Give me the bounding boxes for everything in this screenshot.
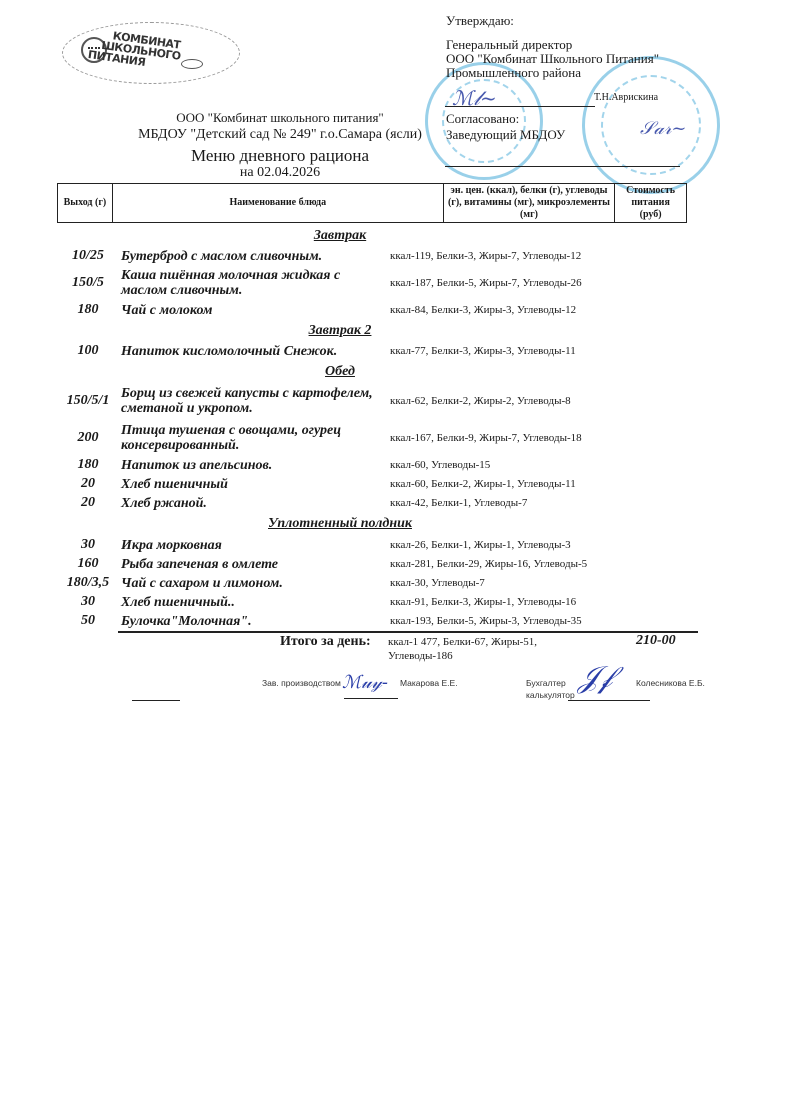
section-title: Завтрак 2 <box>309 323 372 338</box>
row-dish: Хлеб пшеничный <box>119 477 387 492</box>
row-yield: 150/5/1 <box>57 393 119 409</box>
agreed-label: Согласовано: <box>446 111 519 127</box>
page-title: Меню дневного рациона <box>120 146 440 166</box>
table-row: 30 Хлеб пшеничный.. ккал-91, Белки-3, Жи… <box>57 594 697 610</box>
column-header-yield: Выход (г) <box>58 184 113 222</box>
row-nutrition: ккал-26, Белки-1, Жиры-1, Углеводы-3 <box>387 539 687 552</box>
logo-text: КОМБИНАТ ШКОЛЬНОГО ПИТАНИЯ <box>109 30 183 72</box>
section-second-breakfast: Завтрак 2 <box>120 323 560 339</box>
organization-name: ООО "Комбинат школьного питания" <box>120 110 440 126</box>
section-title: Обед <box>325 364 355 379</box>
row-nutrition: ккал-84, Белки-3, Жиры-3, Углеводы-12 <box>387 304 687 317</box>
row-dish: Бутерброд с маслом сливочным. <box>119 249 387 264</box>
signature-line <box>344 698 398 699</box>
production-label: Зав. производством <box>262 678 341 688</box>
table-row: 180/3,5 Чай с сахаром и лимоном. ккал-30… <box>57 575 697 591</box>
row-yield: 180/3,5 <box>57 575 119 591</box>
total-nutrition: ккал-1 477, Белки-67, Жиры-51, Углеводы-… <box>388 635 588 663</box>
row-nutrition: ккал-167, Белки-9, Жиры-7, Углеводы-18 <box>387 432 687 445</box>
approval-block: Утверждаю: Генеральный директор ООО "Ком… <box>446 14 746 80</box>
signature-line <box>568 700 650 701</box>
table-row: 20 Хлеб пшеничный ккал-60, Белки-2, Жиры… <box>57 476 697 492</box>
row-nutrition: ккал-77, Белки-3, Жиры-3, Углеводы-11 <box>387 345 687 358</box>
row-yield: 180 <box>57 302 119 318</box>
row-yield: 30 <box>57 594 119 610</box>
row-dish: Каша пшённая молочная жидкая с маслом сл… <box>119 268 387 298</box>
row-yield: 50 <box>57 613 119 629</box>
column-header-dish: Наименование блюда <box>113 184 444 222</box>
total-divider <box>118 631 698 633</box>
institution-name: МБДОУ "Детский сад № 249" г.о.Самара (яс… <box>120 127 440 143</box>
accountant-signature: 𝒥𝒻 <box>578 660 612 695</box>
row-dish: Напиток кисломолочный Снежок. <box>119 344 387 359</box>
row-nutrition: ккал-30, Углеводы-7 <box>387 577 687 590</box>
production-name: Макарова Е.Е. <box>400 678 458 688</box>
row-yield: 160 <box>57 556 119 572</box>
table-row: 150/5/1 Борщ из свежей капусты с картофе… <box>57 384 697 418</box>
company-logo: КОМБИНАТ ШКОЛЬНОГО ПИТАНИЯ <box>62 22 240 84</box>
agreed-position: Заведующий МБДОУ <box>446 127 565 143</box>
row-nutrition: ккал-193, Белки-5, Жиры-3, Углеводы-35 <box>387 615 687 628</box>
approve-label: Утверждаю: <box>446 14 746 28</box>
total-cost: 210-00 <box>636 633 676 649</box>
row-yield: 10/25 <box>57 248 119 264</box>
section-title: Завтрак <box>314 228 366 243</box>
column-header-cost: Стоимость питания (руб) <box>615 184 686 222</box>
column-header-nutrition: эн. цен. (ккал), белки (г), углеводы (г)… <box>444 184 615 222</box>
accountant-label-2: калькулятор <box>526 690 575 700</box>
row-dish: Булочка"Молочная". <box>119 614 387 629</box>
approver-position: Генеральный директор <box>446 38 746 52</box>
approver-district: Промышленного района <box>446 66 746 80</box>
section-breakfast: Завтрак <box>120 228 560 244</box>
row-dish: Хлеб ржаной. <box>119 496 387 511</box>
section-title: Уплотненный полдник <box>268 516 412 531</box>
row-nutrition: ккал-187, Белки-5, Жиры-7, Углеводы-26 <box>387 277 687 290</box>
table-row: 20 Хлеб ржаной. ккал-42, Белки-1, Углево… <box>57 495 697 511</box>
table-header: Выход (г) Наименование блюда эн. цен. (к… <box>57 183 687 223</box>
row-yield: 180 <box>57 457 119 473</box>
table-row: 150/5 Каша пшённая молочная жидкая с мас… <box>57 267 697 299</box>
table-row: 30 Икра морковная ккал-26, Белки-1, Жиры… <box>57 537 697 553</box>
row-nutrition: ккал-42, Белки-1, Углеводы-7 <box>387 497 687 510</box>
table-row: 200 Птица тушеная с овощами, огурец конс… <box>57 421 697 455</box>
row-nutrition: ккал-281, Белки-29, Жиры-16, Углеводы-5 <box>387 558 687 571</box>
row-nutrition: ккал-60, Углеводы-15 <box>387 459 687 472</box>
approver-company: ООО "Комбинат Школьного Питания" <box>446 52 746 66</box>
row-yield: 150/5 <box>57 275 119 291</box>
row-nutrition: ккал-62, Белки-2, Жиры-2, Углеводы-8 <box>387 395 687 408</box>
accountant-label: Бухгалтер <box>526 678 566 688</box>
row-dish: Рыба запеченая в омлете <box>119 557 387 572</box>
table-row: 180 Напиток из апельсинов. ккал-60, Угле… <box>57 457 697 473</box>
approver-name: Т.Н.Аврискина <box>594 92 658 103</box>
row-nutrition: ккал-60, Белки-2, Жиры-1, Углеводы-11 <box>387 478 687 491</box>
menu-date: на 02.04.2026 <box>120 165 440 181</box>
blank-line <box>132 700 180 701</box>
row-yield: 20 <box>57 495 119 511</box>
table-row: 50 Булочка"Молочная". ккал-193, Белки-5,… <box>57 613 697 629</box>
section-afternoon-snack: Уплотненный полдник <box>120 516 560 532</box>
head-signature: 𝒮𝒶𝓇~ <box>640 118 686 139</box>
signature-line <box>445 166 680 167</box>
row-dish: Борщ из свежей капусты с картофелем, сме… <box>119 386 387 416</box>
row-dish: Чай с молоком <box>119 303 387 318</box>
row-yield: 100 <box>57 343 119 359</box>
row-dish: Птица тушеная с овощами, огурец консерви… <box>119 423 387 453</box>
table-row: 100 Напиток кисломолочный Снежок. ккал-7… <box>57 343 697 359</box>
production-signature: ℳ𝓊𝓎- <box>342 672 388 693</box>
row-dish: Хлеб пшеничный.. <box>119 595 387 610</box>
row-yield: 200 <box>57 430 119 446</box>
signature-line <box>445 106 595 107</box>
row-dish: Напиток из апельсинов. <box>119 458 387 473</box>
section-lunch: Обед <box>120 364 560 380</box>
row-nutrition: ккал-119, Белки-3, Жиры-7, Углеводы-12 <box>387 250 687 263</box>
row-yield: 30 <box>57 537 119 553</box>
table-row: 180 Чай с молоком ккал-84, Белки-3, Жиры… <box>57 302 697 318</box>
row-nutrition: ккал-91, Белки-3, Жиры-1, Углеводы-16 <box>387 596 687 609</box>
row-yield: 20 <box>57 476 119 492</box>
row-dish: Икра морковная <box>119 538 387 553</box>
total-label: Итого за день: <box>280 634 371 650</box>
plate-icon <box>181 59 203 69</box>
table-row: 10/25 Бутерброд с маслом сливочным. ккал… <box>57 248 697 264</box>
table-row: 160 Рыба запеченая в омлете ккал-281, Бе… <box>57 556 697 572</box>
accountant-name: Колесникова Е.Б. <box>636 678 705 688</box>
row-dish: Чай с сахаром и лимоном. <box>119 576 387 591</box>
